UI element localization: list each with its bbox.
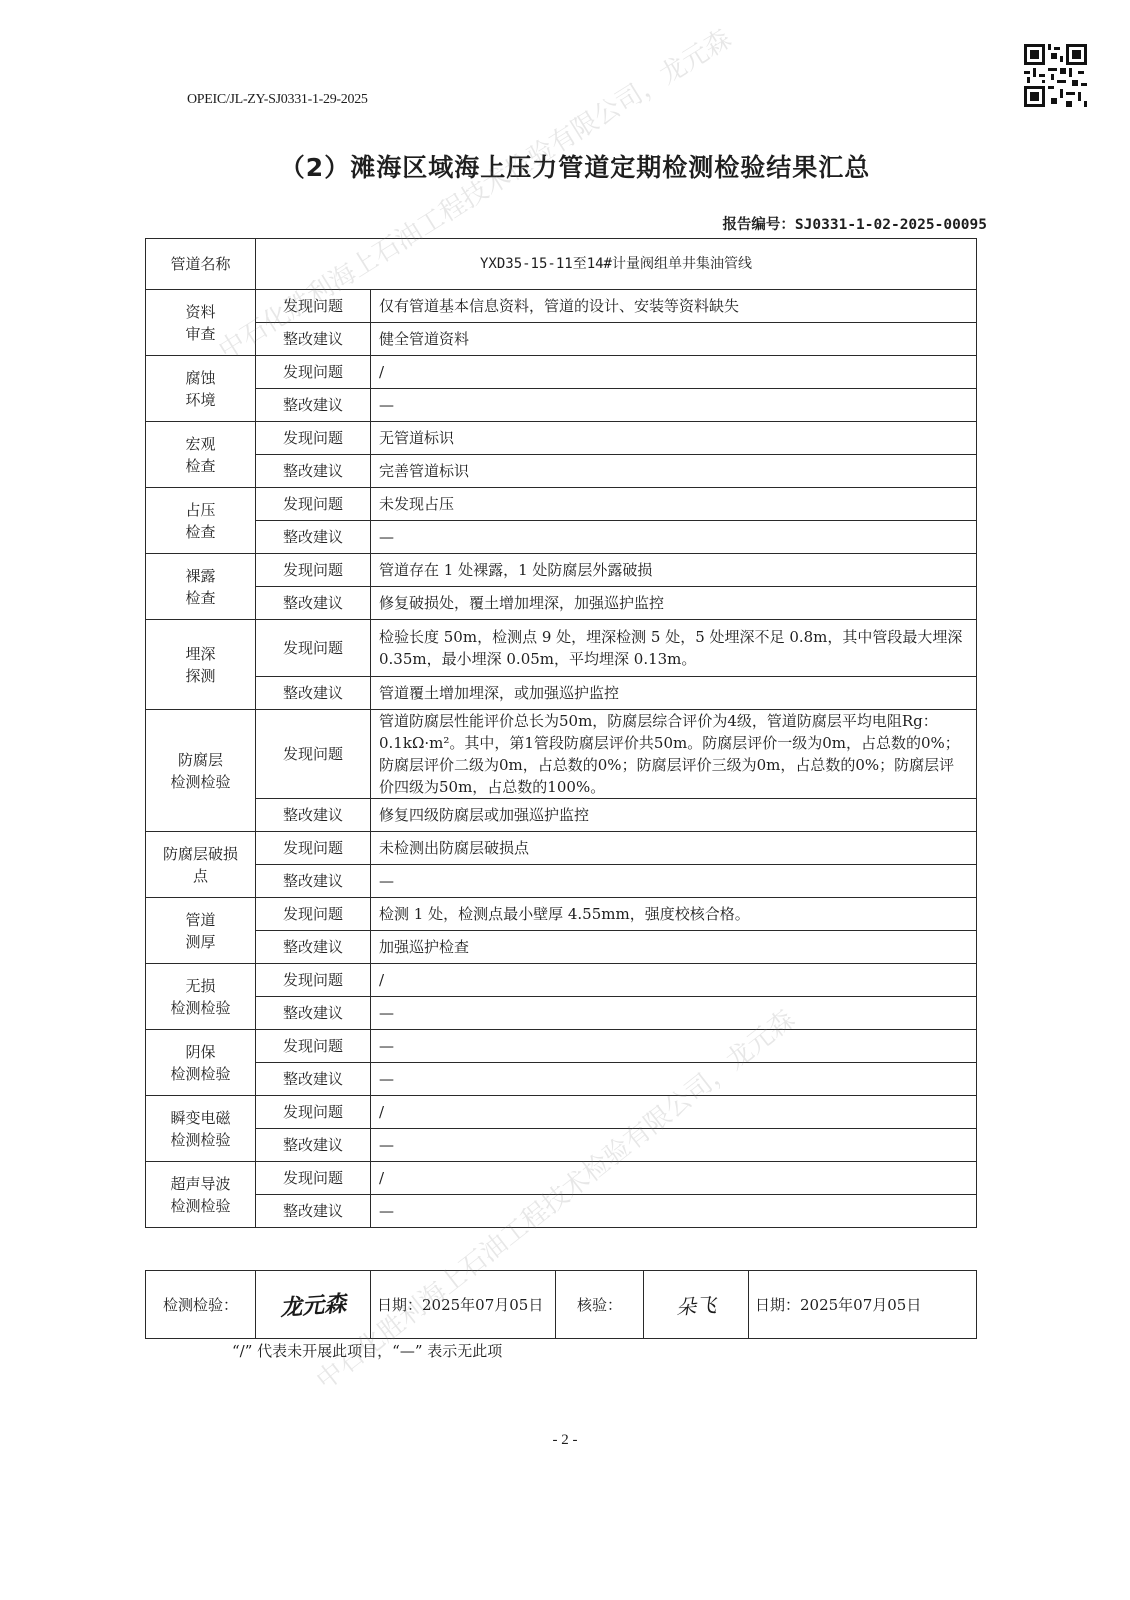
pipeline-name-value: YXD35-15-11至14#计量阀组单井集油管线	[256, 239, 977, 290]
section-category: 宏观 检查	[146, 422, 256, 488]
report-number: 报告编号：SJ0331-1-02-2025-00095	[722, 213, 987, 234]
issue-value: —	[371, 1030, 977, 1063]
section-category: 埋深 探测	[146, 620, 256, 710]
issue-label: 发现问题	[256, 832, 371, 865]
section-advice-row: 整改建议加强巡护检查	[146, 931, 977, 964]
advice-value: 管道覆土增加埋深，或加强巡护监控	[371, 677, 977, 710]
issue-label: 发现问题	[256, 488, 371, 521]
issue-value: 检测 1 处，检测点最小壁厚 4.55mm，强度校核合格。	[371, 898, 977, 931]
advice-label: 整改建议	[256, 677, 371, 710]
section-issue-row: 防腐层 检测检验发现问题管道防腐层性能评价总长为50m，防腐层综合评价为4级，管…	[146, 710, 977, 799]
section-issue-row: 阴保 检测检验发现问题—	[146, 1030, 977, 1063]
advice-label: 整改建议	[256, 521, 371, 554]
section-issue-row: 瞬变电磁 检测检验发现问题/	[146, 1096, 977, 1129]
section-advice-row: 整改建议健全管道资料	[146, 323, 977, 356]
advice-value: —	[371, 865, 977, 898]
issue-label: 发现问题	[256, 356, 371, 389]
issue-label: 发现问题	[256, 290, 371, 323]
section-issue-row: 宏观 检查发现问题无管道标识	[146, 422, 977, 455]
inspector-label: 检测检验：	[146, 1271, 256, 1339]
signoff-table: 检测检验： 龙元森 日期：2025年07月05日 核验： 朵飞 日期：2025年…	[145, 1270, 977, 1339]
reviewer-signature: 朵飞	[675, 1289, 717, 1321]
advice-label: 整改建议	[256, 455, 371, 488]
inspection-results-table: 管道名称 YXD35-15-11至14#计量阀组单井集油管线 资料 审查发现问题…	[145, 238, 977, 1228]
advice-value: —	[371, 1063, 977, 1096]
issue-label: 发现问题	[256, 898, 371, 931]
issue-value: 管道存在 1 处裸露，1 处防腐层外露破损	[371, 554, 977, 587]
section-advice-row: 整改建议—	[146, 521, 977, 554]
advice-label: 整改建议	[256, 1063, 371, 1096]
section-advice-row: 整改建议—	[146, 1195, 977, 1228]
section-advice-row: 整改建议—	[146, 389, 977, 422]
section-advice-row: 整改建议修复破损处，覆土增加埋深，加强巡护监控	[146, 587, 977, 620]
issue-label: 发现问题	[256, 554, 371, 587]
section-advice-row: 整改建议—	[146, 997, 977, 1030]
issue-label: 发现问题	[256, 1030, 371, 1063]
advice-value: —	[371, 1129, 977, 1162]
section-issue-row: 资料 审查发现问题仅有管道基本信息资料，管道的设计、安装等资料缺失	[146, 290, 977, 323]
reviewer-date: 日期：2025年07月05日	[749, 1271, 977, 1339]
issue-value: 未发现占压	[371, 488, 977, 521]
section-issue-row: 占压 检查发现问题未发现占压	[146, 488, 977, 521]
section-category: 占压 检查	[146, 488, 256, 554]
page-title: （2）滩海区域海上压力管道定期检测检验结果汇总	[0, 148, 1130, 184]
issue-label: 发现问题	[256, 1162, 371, 1195]
section-issue-row: 腐蚀 环境发现问题/	[146, 356, 977, 389]
advice-label: 整改建议	[256, 931, 371, 964]
advice-value: —	[371, 997, 977, 1030]
pipeline-name-row: 管道名称 YXD35-15-11至14#计量阀组单井集油管线	[146, 239, 977, 290]
section-advice-row: 整改建议—	[146, 1129, 977, 1162]
issue-value: 仅有管道基本信息资料，管道的设计、安装等资料缺失	[371, 290, 977, 323]
section-category: 阴保 检测检验	[146, 1030, 256, 1096]
section-category: 腐蚀 环境	[146, 356, 256, 422]
issue-value: 检验长度 50m，检测点 9 处，埋深检测 5 处，5 处埋深不足 0.8m，其…	[371, 620, 977, 677]
section-advice-row: 整改建议—	[146, 865, 977, 898]
legend-footnote: “/” 代表未开展此项目，“—” 表示无此项	[232, 1340, 502, 1361]
section-category: 防腐层破损 点	[146, 832, 256, 898]
issue-value: 无管道标识	[371, 422, 977, 455]
section-advice-row: 整改建议管道覆土增加埋深，或加强巡护监控	[146, 677, 977, 710]
section-advice-row: 整改建议完善管道标识	[146, 455, 977, 488]
section-category: 无损 检测检验	[146, 964, 256, 1030]
inspector-signature: 龙元森	[279, 1287, 347, 1323]
issue-value: /	[371, 356, 977, 389]
section-category: 管道 测厚	[146, 898, 256, 964]
issue-value: /	[371, 1096, 977, 1129]
advice-label: 整改建议	[256, 997, 371, 1030]
section-category: 防腐层 检测检验	[146, 710, 256, 832]
section-issue-row: 埋深 探测发现问题检验长度 50m，检测点 9 处，埋深检测 5 处，5 处埋深…	[146, 620, 977, 677]
advice-value: 加强巡护检查	[371, 931, 977, 964]
section-issue-row: 超声导波 检测检验发现问题/	[146, 1162, 977, 1195]
page-number: - 2 -	[0, 1432, 1130, 1449]
section-category: 超声导波 检测检验	[146, 1162, 256, 1228]
issue-label: 发现问题	[256, 620, 371, 677]
section-issue-row: 防腐层破损 点发现问题未检测出防腐层破损点	[146, 832, 977, 865]
reviewer-signature-cell: 朵飞	[644, 1271, 749, 1339]
advice-value: 修复破损处，覆土增加埋深，加强巡护监控	[371, 587, 977, 620]
advice-value: —	[371, 389, 977, 422]
section-advice-row: 整改建议修复四级防腐层或加强巡护监控	[146, 799, 977, 832]
section-category: 瞬变电磁 检测检验	[146, 1096, 256, 1162]
section-issue-row: 管道 测厚发现问题检测 1 处，检测点最小壁厚 4.55mm，强度校核合格。	[146, 898, 977, 931]
issue-value: 管道防腐层性能评价总长为50m，防腐层综合评价为4级，管道防腐层平均电阻Rg：0…	[371, 710, 977, 799]
advice-label: 整改建议	[256, 799, 371, 832]
issue-value: 未检测出防腐层破损点	[371, 832, 977, 865]
advice-label: 整改建议	[256, 323, 371, 356]
section-category: 资料 审查	[146, 290, 256, 356]
issue-label: 发现问题	[256, 964, 371, 997]
document-code: OPEIC/JL-ZY-SJ0331-1-29-2025	[187, 92, 368, 108]
advice-value: 完善管道标识	[371, 455, 977, 488]
advice-label: 整改建议	[256, 389, 371, 422]
advice-label: 整改建议	[256, 587, 371, 620]
section-issue-row: 无损 检测检验发现问题/	[146, 964, 977, 997]
advice-value: —	[371, 521, 977, 554]
section-issue-row: 裸露 检查发现问题管道存在 1 处裸露，1 处防腐层外露破损	[146, 554, 977, 587]
advice-label: 整改建议	[256, 1129, 371, 1162]
issue-label: 发现问题	[256, 422, 371, 455]
advice-label: 整改建议	[256, 865, 371, 898]
issue-value: /	[371, 964, 977, 997]
advice-value: 修复四级防腐层或加强巡护监控	[371, 799, 977, 832]
advice-value: 健全管道资料	[371, 323, 977, 356]
issue-label: 发现问题	[256, 1096, 371, 1129]
issue-label: 发现问题	[256, 710, 371, 799]
section-category: 裸露 检查	[146, 554, 256, 620]
inspector-signature-cell: 龙元森	[256, 1271, 371, 1339]
qr-code-icon	[1024, 44, 1087, 107]
pipeline-name-label: 管道名称	[146, 239, 256, 290]
reviewer-label: 核验：	[556, 1271, 644, 1339]
section-advice-row: 整改建议—	[146, 1063, 977, 1096]
advice-value: —	[371, 1195, 977, 1228]
inspector-date: 日期：2025年07月05日	[371, 1271, 556, 1339]
advice-label: 整改建议	[256, 1195, 371, 1228]
issue-value: /	[371, 1162, 977, 1195]
